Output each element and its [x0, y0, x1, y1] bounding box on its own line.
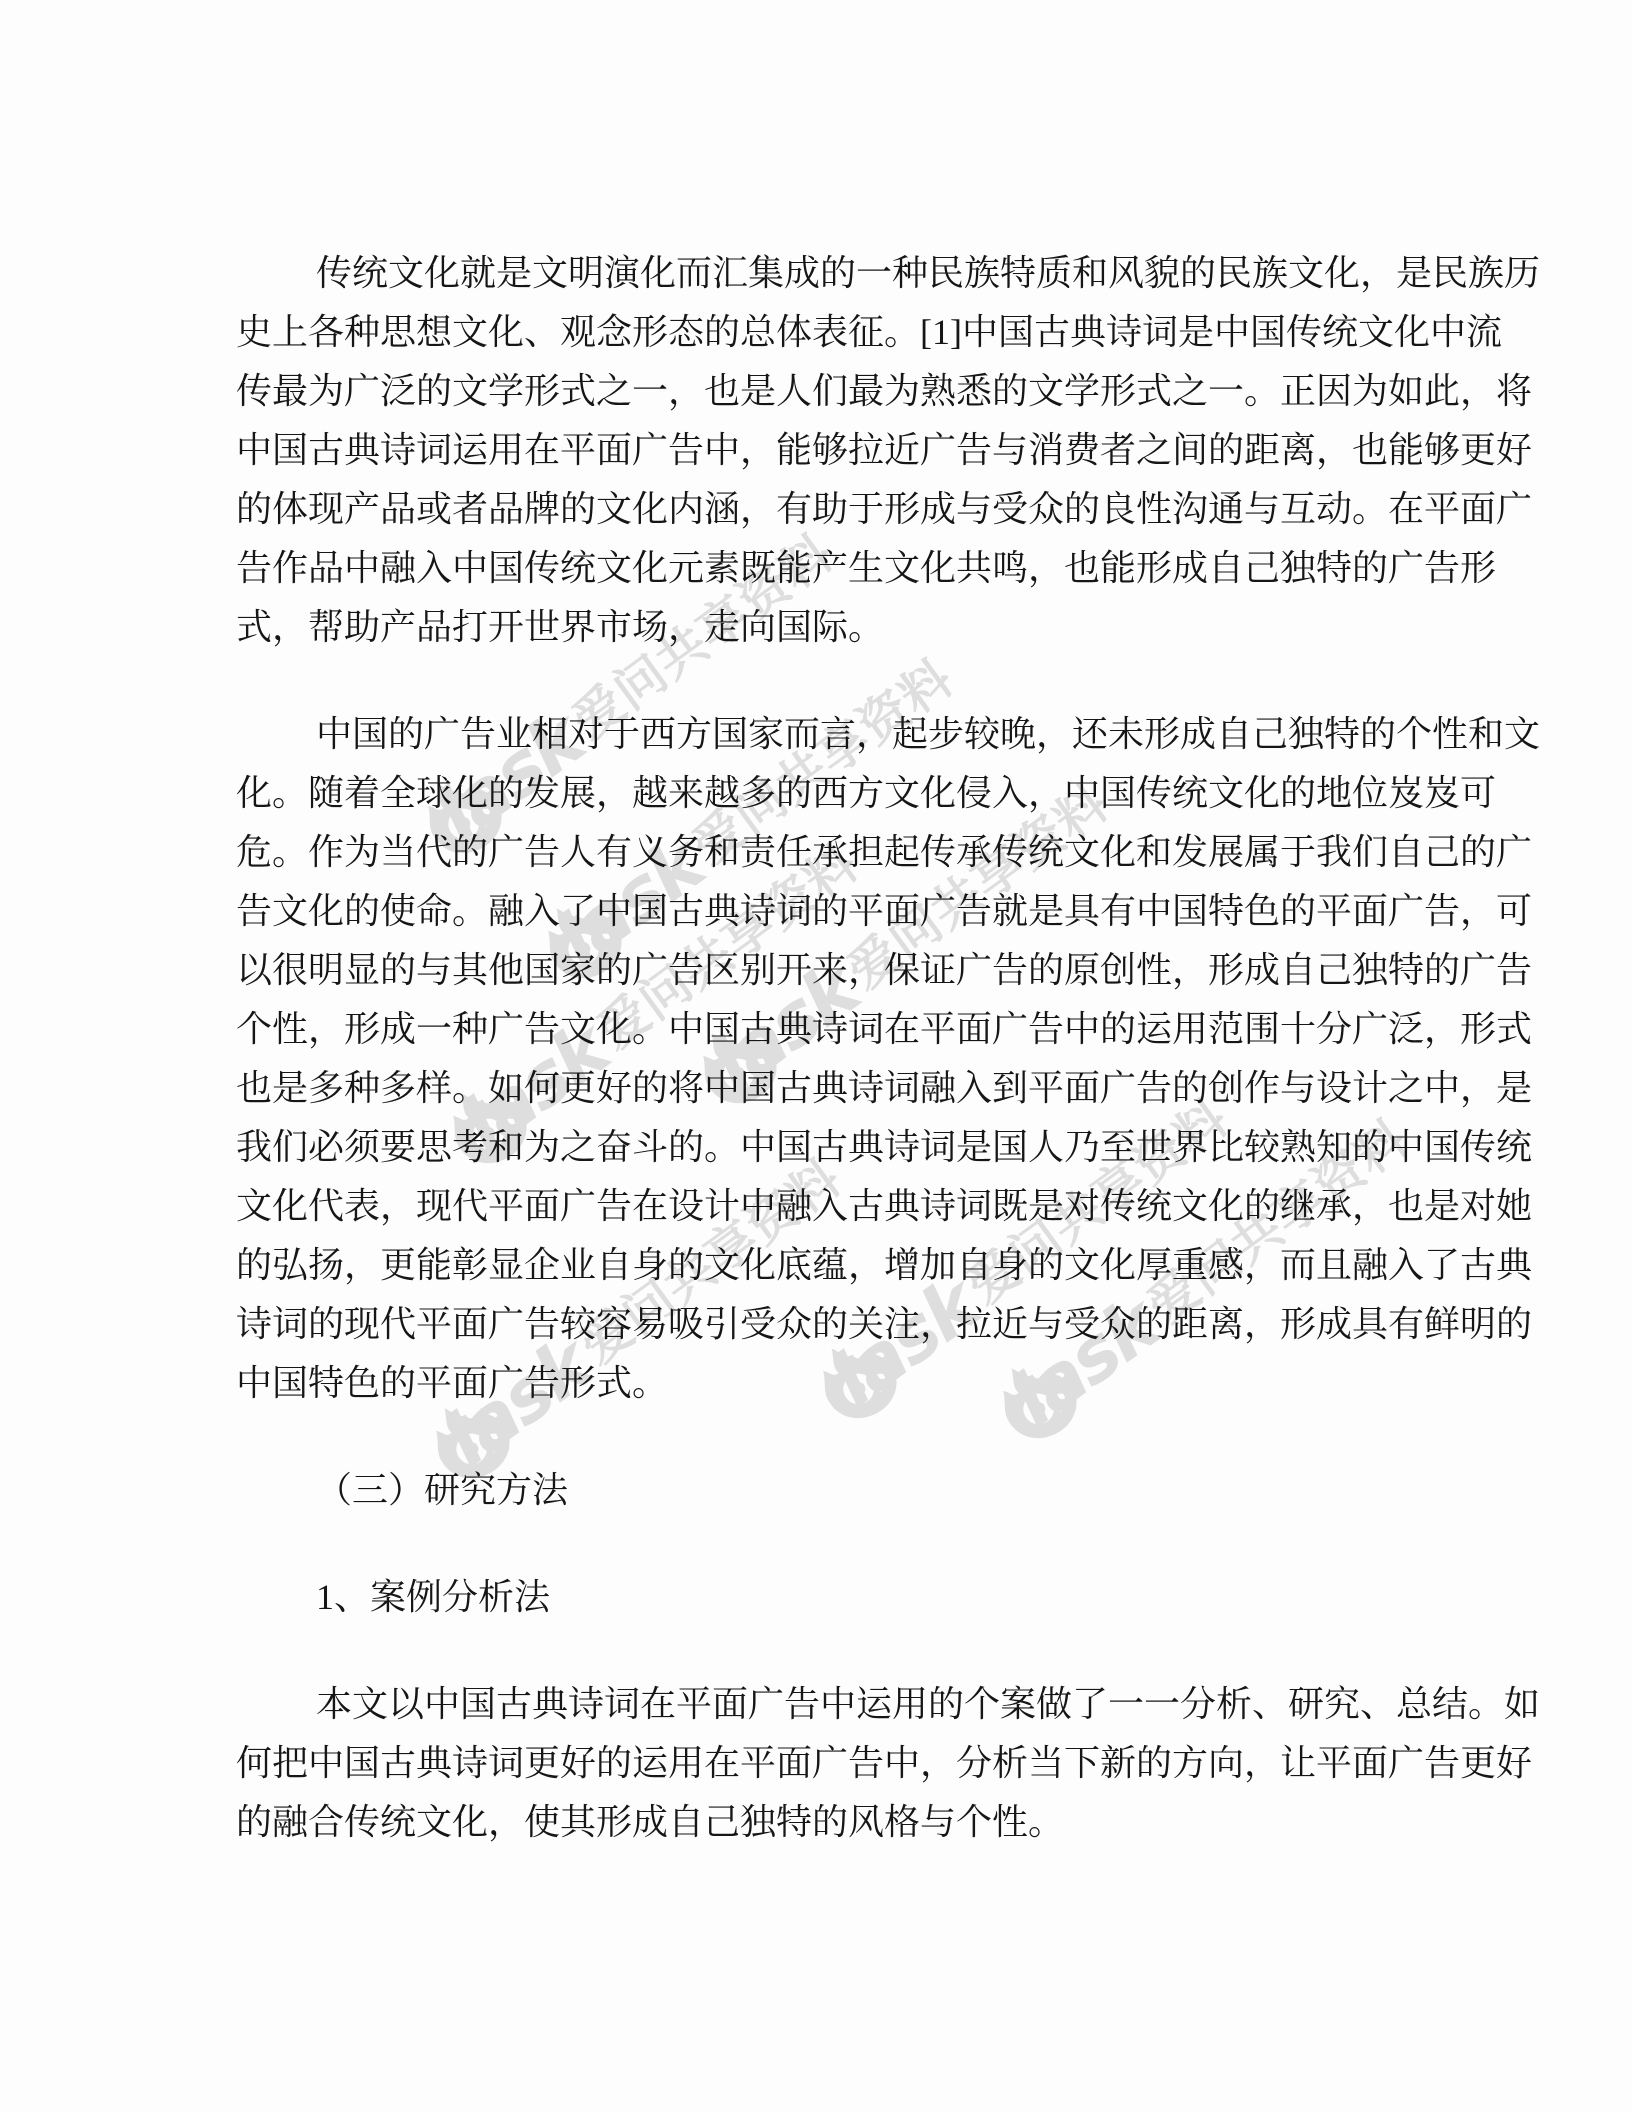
text-line: 中国特色的平面广告形式。 — [236, 1354, 1506, 1413]
text-line: 本文以中国古典诗词在平面广告中运用的个案做了一一分析、研究、总结。如 — [236, 1675, 1506, 1734]
heading: （三）研究方法 — [236, 1461, 1506, 1520]
text-line: 传统文化就是文明演化而汇集成的一种民族特质和风貌的民族文化，是民族历 — [236, 244, 1506, 303]
text-line: 文化代表，现代平面广告在设计中融入古典诗词既是对传统文化的继承，也是对她 — [236, 1177, 1506, 1236]
text-line: 我们必须要思考和为之奋斗的。中国古典诗词是国人乃至世界比较熟知的中国传统 — [236, 1118, 1506, 1177]
text-line: 中国古典诗词运用在平面广告中，能够拉近广告与消费者之间的距离，也能够更好 — [236, 421, 1506, 480]
text-line: 危。作为当代的广告人有义务和责任承担起传承传统文化和发展属于我们自己的广 — [236, 823, 1506, 882]
text-line: 的体现产品或者品牌的文化内涵，有助于形成与受众的良性沟通与互动。在平面广 — [236, 480, 1506, 539]
text-line: 史上各种思想文化、观念形态的总体表征。[1]中国古典诗词是中国传统文化中流 — [236, 303, 1506, 362]
paragraph: 传统文化就是文明演化而汇集成的一种民族特质和风貌的民族文化，是民族历史上各种思想… — [236, 244, 1506, 657]
text-line: 以很明显的与其他国家的广告区别开来，保证广告的原创性，形成自己独特的广告 — [236, 941, 1506, 1000]
paragraph: 本文以中国古典诗词在平面广告中运用的个案做了一一分析、研究、总结。如何把中国古典… — [236, 1675, 1506, 1852]
text-line: 式，帮助产品打开世界市场，走向国际。 — [236, 598, 1506, 657]
document-body: 传统文化就是文明演化而汇集成的一种民族特质和风貌的民族文化，是民族历史上各种思想… — [236, 244, 1506, 1852]
text-line: （三）研究方法 — [236, 1461, 1506, 1520]
text-line: 化。随着全球化的发展，越来越多的西方文化侵入，中国传统文化的地位岌岌可 — [236, 764, 1506, 823]
text-line: 的融合传统文化，使其形成自己独特的风格与个性。 — [236, 1793, 1506, 1852]
text-line: 传最为广泛的文学形式之一，也是人们最为熟悉的文学形式之一。正因为如此，将 — [236, 362, 1506, 421]
text-line: 1、案例分析法 — [236, 1568, 1506, 1627]
text-line: 中国的广告业相对于西方国家而言，起步较晚，还未形成自己独特的个性和文 — [236, 705, 1506, 764]
paragraph: 中国的广告业相对于西方国家而言，起步较晚，还未形成自己独特的个性和文化。随着全球… — [236, 705, 1506, 1413]
text-line: 诗词的现代平面广告较容易吸引受众的关注，拉近与受众的距离，形成具有鲜明的 — [236, 1295, 1506, 1354]
heading: 1、案例分析法 — [236, 1568, 1506, 1627]
text-line: 告文化的使命。融入了中国古典诗词的平面广告就是具有中国特色的平面广告，可 — [236, 882, 1506, 941]
text-line: 的弘扬，更能彰显企业自身的文化底蕴，增加自身的文化厚重感，而且融入了古典 — [236, 1236, 1506, 1295]
document-page: iask 爱问共享资料 iask 爱问共享资料 iask 爱问共享资料 — [0, 0, 1632, 2112]
text-line: 个性，形成一种广告文化。中国古典诗词在平面广告中的运用范围十分广泛，形式 — [236, 1000, 1506, 1059]
text-line: 也是多种多样。如何更好的将中国古典诗词融入到平面广告的创作与设计之中，是 — [236, 1059, 1506, 1118]
text-line: 告作品中融入中国传统文化元素既能产生文化共鸣，也能形成自己独特的广告形 — [236, 539, 1506, 598]
text-line: 何把中国古典诗词更好的运用在平面广告中，分析当下新的方向，让平面广告更好 — [236, 1734, 1506, 1793]
